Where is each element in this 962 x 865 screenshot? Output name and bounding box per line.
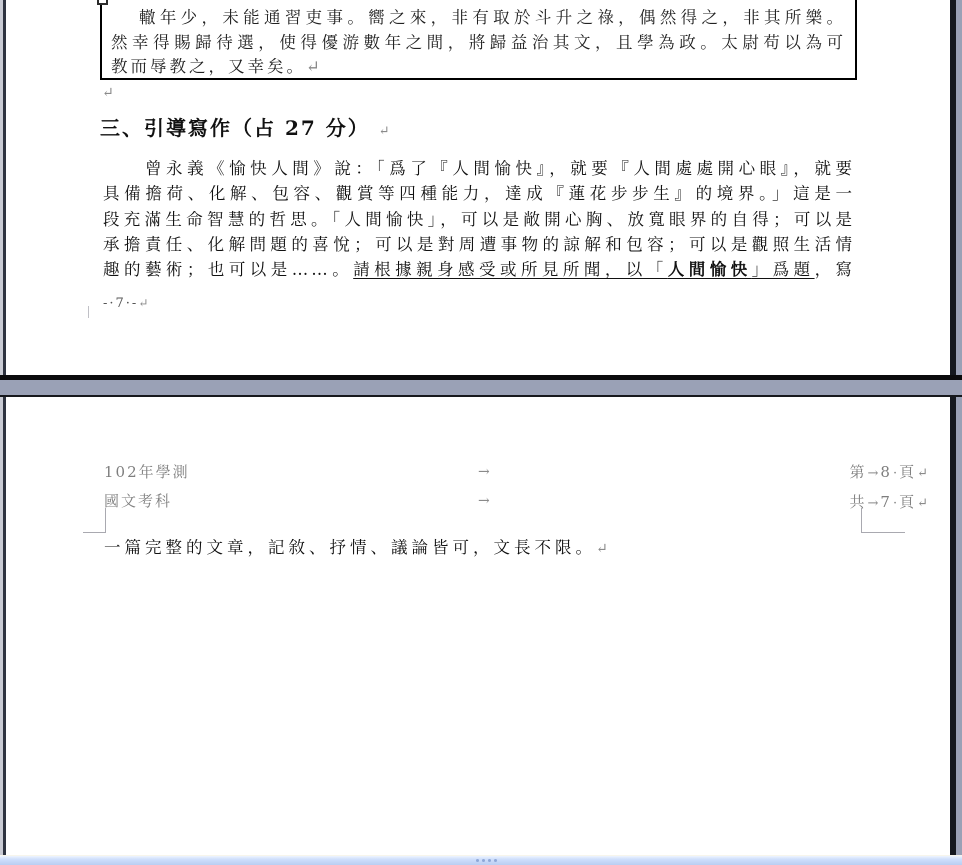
paragraph-mark-icon: ↵: [138, 296, 150, 310]
page8-body-text: 一篇完整的文章，記敘、抒情、議論皆可，文長不限。: [104, 538, 596, 557]
header-page-number: 8: [880, 463, 891, 481]
header-tab-marks: → →: [478, 458, 490, 516]
section-heading-text: 三、引導寫作（占 27 分）: [100, 116, 370, 140]
text-boundary-corner-left: [83, 532, 106, 533]
document-window: 轍年少，未能通習吏事。嚮之來，非有取於斗升之祿，偶然得之，非其所樂。 然幸得賜歸…: [0, 0, 962, 865]
tab-arrow-icon: →: [865, 496, 880, 511]
header-page-unit: 頁: [899, 463, 915, 481]
horizontal-scrollbar[interactable]: [0, 855, 962, 865]
paragraph-line: 曾永義《愉快人間》說：「爲了『人間愉快』，就要『人間處處開心眼』，就要: [103, 156, 855, 181]
quote-line-text: 教而辱教之，又幸矣。: [111, 57, 306, 76]
paragraph-line-text: ，寫: [815, 260, 855, 279]
page8-body-line: 一篇完整的文章，記敘、抒情、議論皆可，文長不限。↵: [104, 534, 608, 558]
page-number-footer: -·7·-↵: [103, 296, 150, 311]
quote-box[interactable]: 轍年少，未能通習吏事。嚮之來，非有取於斗升之祿，偶然得之，非其所樂。 然幸得賜歸…: [100, 0, 857, 80]
paragraph-mark-icon: ↵: [102, 85, 114, 101]
header-page-line: 第→8·頁↵: [849, 458, 930, 488]
paragraph-line: 趣的藝術；也可以是……。請根據親身感受或所見所聞，以「人間愉快」爲題，寫: [103, 257, 855, 282]
quote-line: 轍年少，未能通習吏事。嚮之來，非有取於斗升之祿，偶然得之，非其所樂。: [111, 6, 846, 31]
header-total-number: 7: [880, 493, 891, 511]
tab-arrow-icon: →: [478, 487, 490, 516]
space-dot-icon: ·: [891, 466, 899, 481]
scrollbar-grip-dots: [476, 859, 479, 862]
section-heading: 三、引導寫作（占 27 分） ↵: [100, 112, 390, 141]
header-subject: 國文考科: [104, 487, 190, 516]
paragraph-mark-icon: ↵: [596, 541, 608, 557]
space-dot-icon: ·: [891, 496, 899, 511]
text-boundary-corner-right: [861, 532, 905, 533]
paragraph-line: 承擔責任、化解問題的喜悅；可以是對周遭事物的諒解和包容；可以是觀照生活情: [103, 232, 855, 257]
quote-line: 然幸得賜歸待選，使得優游數年之間，將歸益治其文，且學為政。太尉苟以為可: [111, 31, 846, 56]
page-number-text: -·7·-: [103, 296, 138, 311]
page-header-left: 102年學測 國文考科: [104, 458, 190, 516]
paragraph-mark-icon: ↵: [915, 466, 930, 481]
paragraph-mark-icon: ↵: [915, 496, 930, 511]
paragraph-mark-icon: ↵: [379, 124, 390, 139]
header-page-label: 第: [849, 463, 865, 481]
paragraph-mark-icon: ↵: [306, 57, 323, 76]
paragraph-line: 具備擔荷、化解、包容、觀賞等四種能力，達成『蓮花步步生』的境界。」這是一: [103, 181, 855, 206]
page-separator: [0, 375, 962, 397]
essay-title-bold: 人間愉快: [668, 260, 752, 279]
header-total-label: 共: [849, 493, 865, 511]
paragraph-line-text: 趣的藝術；也可以是……。: [103, 260, 353, 279]
underlined-instruction: 請根據親身感受或所見所聞，以「: [353, 260, 668, 279]
tab-arrow-icon: →: [478, 458, 490, 487]
text-boundary-corner-left: [105, 508, 106, 533]
header-total-unit: 頁: [899, 493, 915, 511]
header-exam-year: 102年學測: [104, 458, 190, 487]
quote-line: 教而辱教之，又幸矣。↵: [111, 55, 846, 80]
text-boundary-tick: [88, 306, 89, 318]
workspace-right-strip: [956, 0, 962, 865]
paragraph-line: 段充滿生命智慧的哲思。「人間愉快」，可以是敞開心胸、放寬眼界的自得；可以是: [103, 207, 855, 232]
prompt-paragraph: 曾永義《愉快人間》說：「爲了『人間愉快』，就要『人間處處開心眼』，就要 具備擔荷…: [103, 156, 855, 282]
underlined-instruction: 」爲題: [752, 260, 815, 279]
textbox-resize-handle[interactable]: [97, 0, 108, 5]
text-boundary-corner-right: [861, 508, 862, 533]
tab-arrow-icon: →: [865, 466, 880, 481]
